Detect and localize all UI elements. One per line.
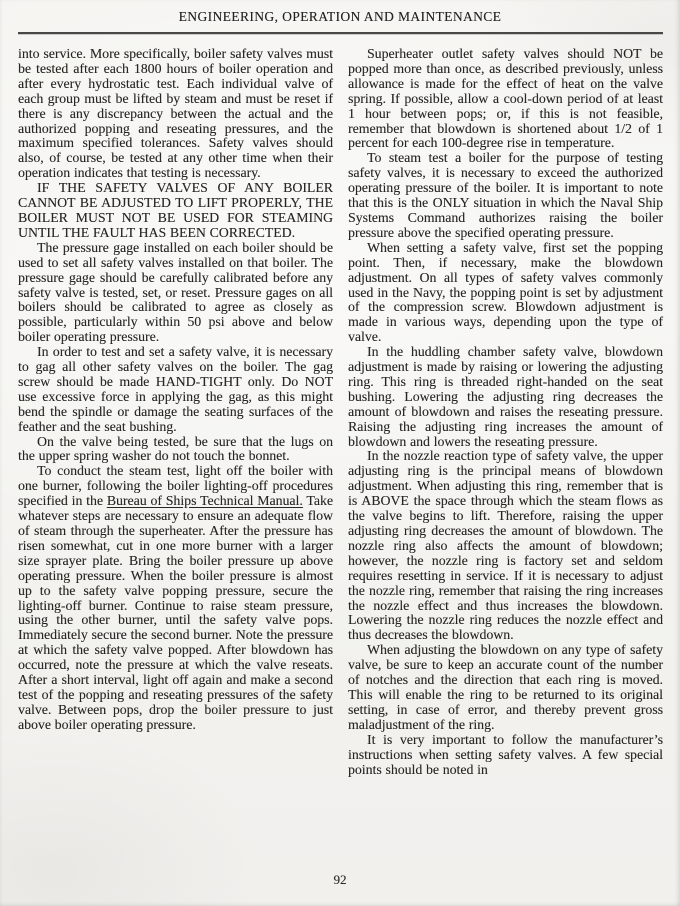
paragraph-warning-caps: IF THE SAFETY VALVES OF ANY BOILER CANNO… [18, 181, 333, 241]
paragraph: When setting a safety valve, first set t… [348, 241, 663, 345]
paragraph-continuation: into service. More specifically, boiler … [18, 47, 333, 181]
right-column: Superheater outlet safety valves should … [348, 47, 663, 777]
page-footer: 92 [0, 872, 680, 888]
page-number: 92 [334, 872, 347, 887]
paragraph: In the nozzle reaction type of safety va… [348, 449, 663, 643]
paragraph: In order to test and set a safety valve,… [18, 345, 333, 434]
paragraph: On the valve being tested, be sure that … [18, 435, 333, 465]
paragraph-with-reference: To conduct the steam test, light off the… [18, 464, 333, 732]
paragraph: Superheater outlet safety valves should … [348, 47, 663, 151]
paragraph: When adjusting the blowdown on any type … [348, 643, 663, 732]
two-column-text-body: into service. More specifically, boiler … [0, 34, 680, 777]
manual-reference-underlined: Bureau of Ships Technical Manual. [107, 493, 303, 508]
paragraph: It is very important to follow the manuf… [348, 733, 663, 778]
running-head-title: ENGINEERING, OPERATION AND MAINTENANCE [0, 0, 680, 25]
paragraph: In the huddling chamber safety valve, bl… [348, 345, 663, 449]
left-column: into service. More specifically, boiler … [18, 47, 333, 777]
paragraph-text: Take whatever steps are necessary to ens… [18, 493, 333, 732]
paragraph: To steam test a boiler for the purpose o… [348, 151, 663, 240]
manual-scanned-page: ENGINEERING, OPERATION AND MAINTENANCE i… [0, 0, 680, 906]
paragraph: The pressure gage installed on each boil… [18, 241, 333, 345]
